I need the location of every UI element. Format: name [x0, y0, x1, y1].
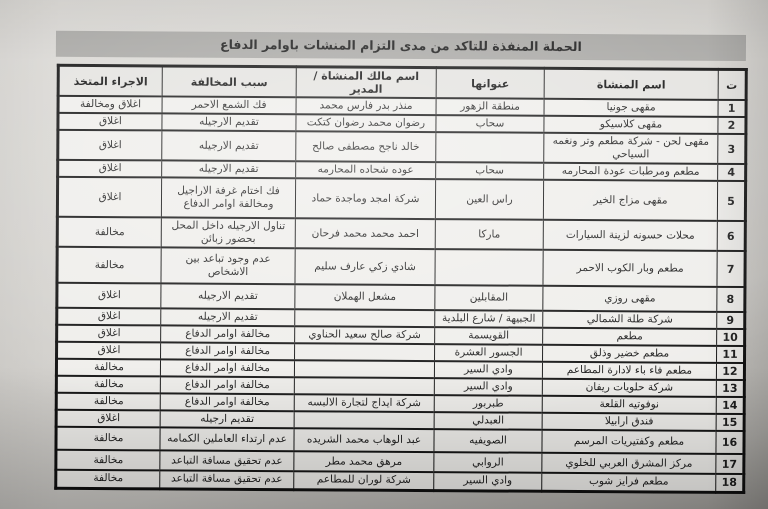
cell-owner: شركة صالح سعيد الحناوي	[295, 326, 435, 344]
cell-action: اغلاق	[56, 410, 160, 428]
cell-address: الجبيهة / شارع البلدية	[435, 310, 543, 328]
header-action: الاجراء المتخذ	[58, 65, 162, 96]
cell-action: مخالفة	[56, 450, 160, 471]
cell-owner: شركة امجد وماجدة حماد	[295, 178, 435, 219]
cell-reason: تقديم ارجيله	[160, 410, 294, 428]
cell-reason: تقديم الارجيله	[161, 308, 295, 326]
cell-num: 14	[716, 397, 744, 414]
cell-num: 1	[718, 100, 746, 117]
cell-reason: فك اختام غرفة الاراجيل ومخالفة اوامر الد…	[161, 177, 295, 218]
header-reason: سبب المخالفة	[162, 66, 296, 97]
cell-address: ماركا	[435, 219, 543, 250]
cell-name: مطعم خضير وذلق	[543, 345, 717, 363]
cell-num: 7	[717, 251, 745, 287]
cell-address: المقابلين	[435, 285, 543, 311]
cell-reason: عدم ارتداء العاملين الكمامه	[160, 427, 294, 451]
cell-owner: منذر بدر فارس محمد	[296, 97, 436, 115]
cell-name: مقهى لحن - شركة مطعم وتر ونغمه السياحي	[544, 133, 718, 164]
cell-owner	[295, 343, 435, 361]
table-row: 7مطعم وبار الكوب الاحمرشادي زكي عارف سلي…	[57, 247, 745, 287]
cell-name: نوفوتيه القلعة	[542, 396, 716, 414]
table-row: 5مقهى مزاج الخيرراس العينشركة امجد وماجد…	[57, 177, 745, 221]
cell-reason: مخالفة اوامر الدفاع	[160, 393, 294, 411]
cell-name: مقهى جونيا	[544, 99, 718, 117]
document-sheet: الحملة المنفذة للتاكد من مدى التزام المن…	[54, 32, 745, 494]
table-body: 1مقهى جونيامنطقة الزهورمنذر بدر فارس محم…	[56, 96, 746, 492]
cell-address	[436, 132, 544, 163]
cell-address: الصويفيه	[434, 429, 542, 453]
campaign-title: الحملة المنفذة للتاكد من مدى التزام المن…	[57, 32, 745, 60]
cell-owner: رضوان محمد رضوان كتكت	[296, 114, 436, 132]
cell-name: مطعم ومرطبات عودة المحارمه	[544, 163, 718, 181]
cell-action: اغلاق	[57, 308, 161, 326]
table-row: 6محلات حسونه لزينة السياراتماركااحمد محم…	[57, 217, 745, 251]
cell-action: اغلاق	[58, 113, 162, 131]
cell-reason: عدم وجود تباعد بين الاشخاص	[161, 247, 295, 284]
cell-action: اغلاق	[57, 283, 161, 309]
cell-num: 6	[717, 221, 745, 251]
cell-address: سحاب	[436, 162, 544, 180]
cell-num: 5	[717, 181, 745, 221]
cell-owner: عبد الوهاب محمد الشريده	[294, 428, 434, 452]
cell-owner: خالد ناجح مصطفى صالح	[296, 131, 436, 162]
cell-name: مطعم	[543, 328, 717, 346]
cell-name: مقهى مزاج الخير	[543, 180, 717, 221]
table-row: 18مطعم فرايز شوبوادي السيرشركة لوران للم…	[56, 470, 744, 492]
cell-num: 16	[716, 431, 744, 454]
cell-address: وادي السير	[434, 361, 542, 379]
cell-name: مطعم فرايز شوب	[542, 473, 716, 492]
cell-address: راس العين	[435, 179, 543, 220]
cell-name: مطعم وكفتيريات المرسم	[542, 430, 716, 454]
cell-address: القويسمة	[435, 327, 543, 345]
cell-address: الروابي	[434, 452, 542, 473]
cell-address: وادي السير	[434, 378, 542, 396]
cell-address: العبدلي	[434, 412, 542, 430]
cell-reason: مخالفة اوامر الدفاع	[160, 359, 294, 377]
cell-action: مخالفة	[56, 470, 160, 489]
cell-reason: تقديم الارجيله	[162, 130, 296, 161]
cell-action: مخالفة	[57, 217, 161, 248]
cell-address: طبربور	[434, 395, 542, 413]
cell-owner: شادي زكي عارف سليم	[295, 248, 435, 285]
cell-reason: مخالفة اوامر الدفاع	[160, 376, 294, 394]
cell-reason: عدم تحقيق مسافة التباعد	[160, 470, 294, 489]
cell-reason: تناول الارجيله داخل المحل بحضور زبائن	[161, 217, 295, 248]
cell-action: مخالفة	[56, 359, 160, 377]
cell-reason: تقديم الارجيله	[162, 113, 296, 131]
cell-action: مخالفة	[56, 393, 160, 411]
cell-num: 3	[718, 134, 746, 164]
table-row: 3مقهى لحن - شركة مطعم وتر ونغمه السياحيخ…	[58, 130, 746, 164]
cell-num: 13	[716, 380, 744, 397]
cell-name: شركة طلة الشمالي	[543, 311, 717, 329]
header-name: اسم المنشاة	[544, 68, 718, 100]
cell-action: اغلاق	[58, 160, 162, 178]
cell-num: 15	[716, 414, 744, 431]
cell-action: اغلاق ومخالفة	[58, 96, 162, 114]
cell-owner: مرهق محمد مطر	[294, 451, 434, 472]
cell-action: مخالفة	[56, 427, 160, 451]
cell-owner: عوده شحاده المحارمه	[296, 161, 436, 179]
cell-owner: شركة لوران للمطاعم	[294, 471, 434, 490]
cell-owner: احمد محمد محمد فرحان	[295, 218, 435, 249]
cell-owner	[294, 360, 434, 378]
cell-name: مقهى روزي	[543, 286, 717, 312]
cell-action: مخالفة	[57, 247, 161, 284]
cell-address: سحاب	[436, 115, 544, 133]
cell-num: 8	[717, 287, 745, 312]
cell-reason: تقديم الارجيله	[161, 283, 295, 309]
cell-owner: شركة ايداج لتجارة الالبسه	[294, 394, 434, 412]
cell-name: مقهى كلاسيكو	[544, 116, 718, 134]
cell-name: مطعم وبار الكوب الاحمر	[543, 250, 717, 287]
cell-reason: مخالفة اوامر الدفاع	[161, 342, 295, 360]
cell-num: 2	[718, 117, 746, 134]
cell-num: 17	[716, 454, 744, 474]
cell-owner	[295, 309, 435, 327]
cell-reason: فك الشمع الاحمر	[162, 96, 296, 114]
cell-reason: عدم تحقيق مسافة التباعد	[160, 450, 294, 471]
cell-address: الجسور العشرة	[435, 344, 543, 362]
header-address: عنوانها	[436, 68, 544, 99]
cell-name: محلات حسونه لزينة السيارات	[543, 220, 717, 251]
cell-name: مركز المشرق العربي للخلوي	[542, 453, 716, 474]
cell-action: مخالفة	[56, 376, 160, 394]
cell-action: اغلاق	[57, 325, 161, 343]
cell-num: 10	[717, 329, 745, 346]
cell-owner: مشعل الهملان	[295, 284, 435, 310]
cell-num: 12	[716, 363, 744, 380]
cell-name: فندق ارابيلا	[542, 413, 716, 431]
cell-reason: مخالفة اوامر الدفاع	[161, 325, 295, 343]
cell-num: 11	[717, 346, 745, 363]
cell-num: 9	[717, 312, 745, 329]
violations-table: ت اسم المنشاة عنوانها اسم مالك المنشاة /…	[54, 64, 748, 494]
cell-action: اغلاق	[57, 342, 161, 360]
cell-name: شركة حلويات ريفان	[542, 379, 716, 397]
table-header-row: ت اسم المنشاة عنوانها اسم مالك المنشاة /…	[58, 65, 746, 100]
cell-reason: تقديم الارجيله	[162, 160, 296, 178]
cell-name: مطعم فاء باء لادارة المطاعم	[542, 362, 716, 380]
cell-action: اغلاق	[57, 177, 161, 218]
cell-address	[435, 249, 543, 286]
cell-owner	[294, 377, 434, 395]
cell-address: وادي السير	[434, 472, 542, 491]
cell-address: منطقة الزهور	[436, 98, 544, 116]
cell-action: اغلاق	[58, 130, 162, 161]
header-number: ت	[718, 69, 746, 100]
cell-owner	[294, 411, 434, 429]
header-owner: اسم مالك المنشاة / المدير	[296, 67, 436, 98]
cell-num: 4	[718, 164, 746, 181]
cell-num: 18	[716, 474, 744, 492]
